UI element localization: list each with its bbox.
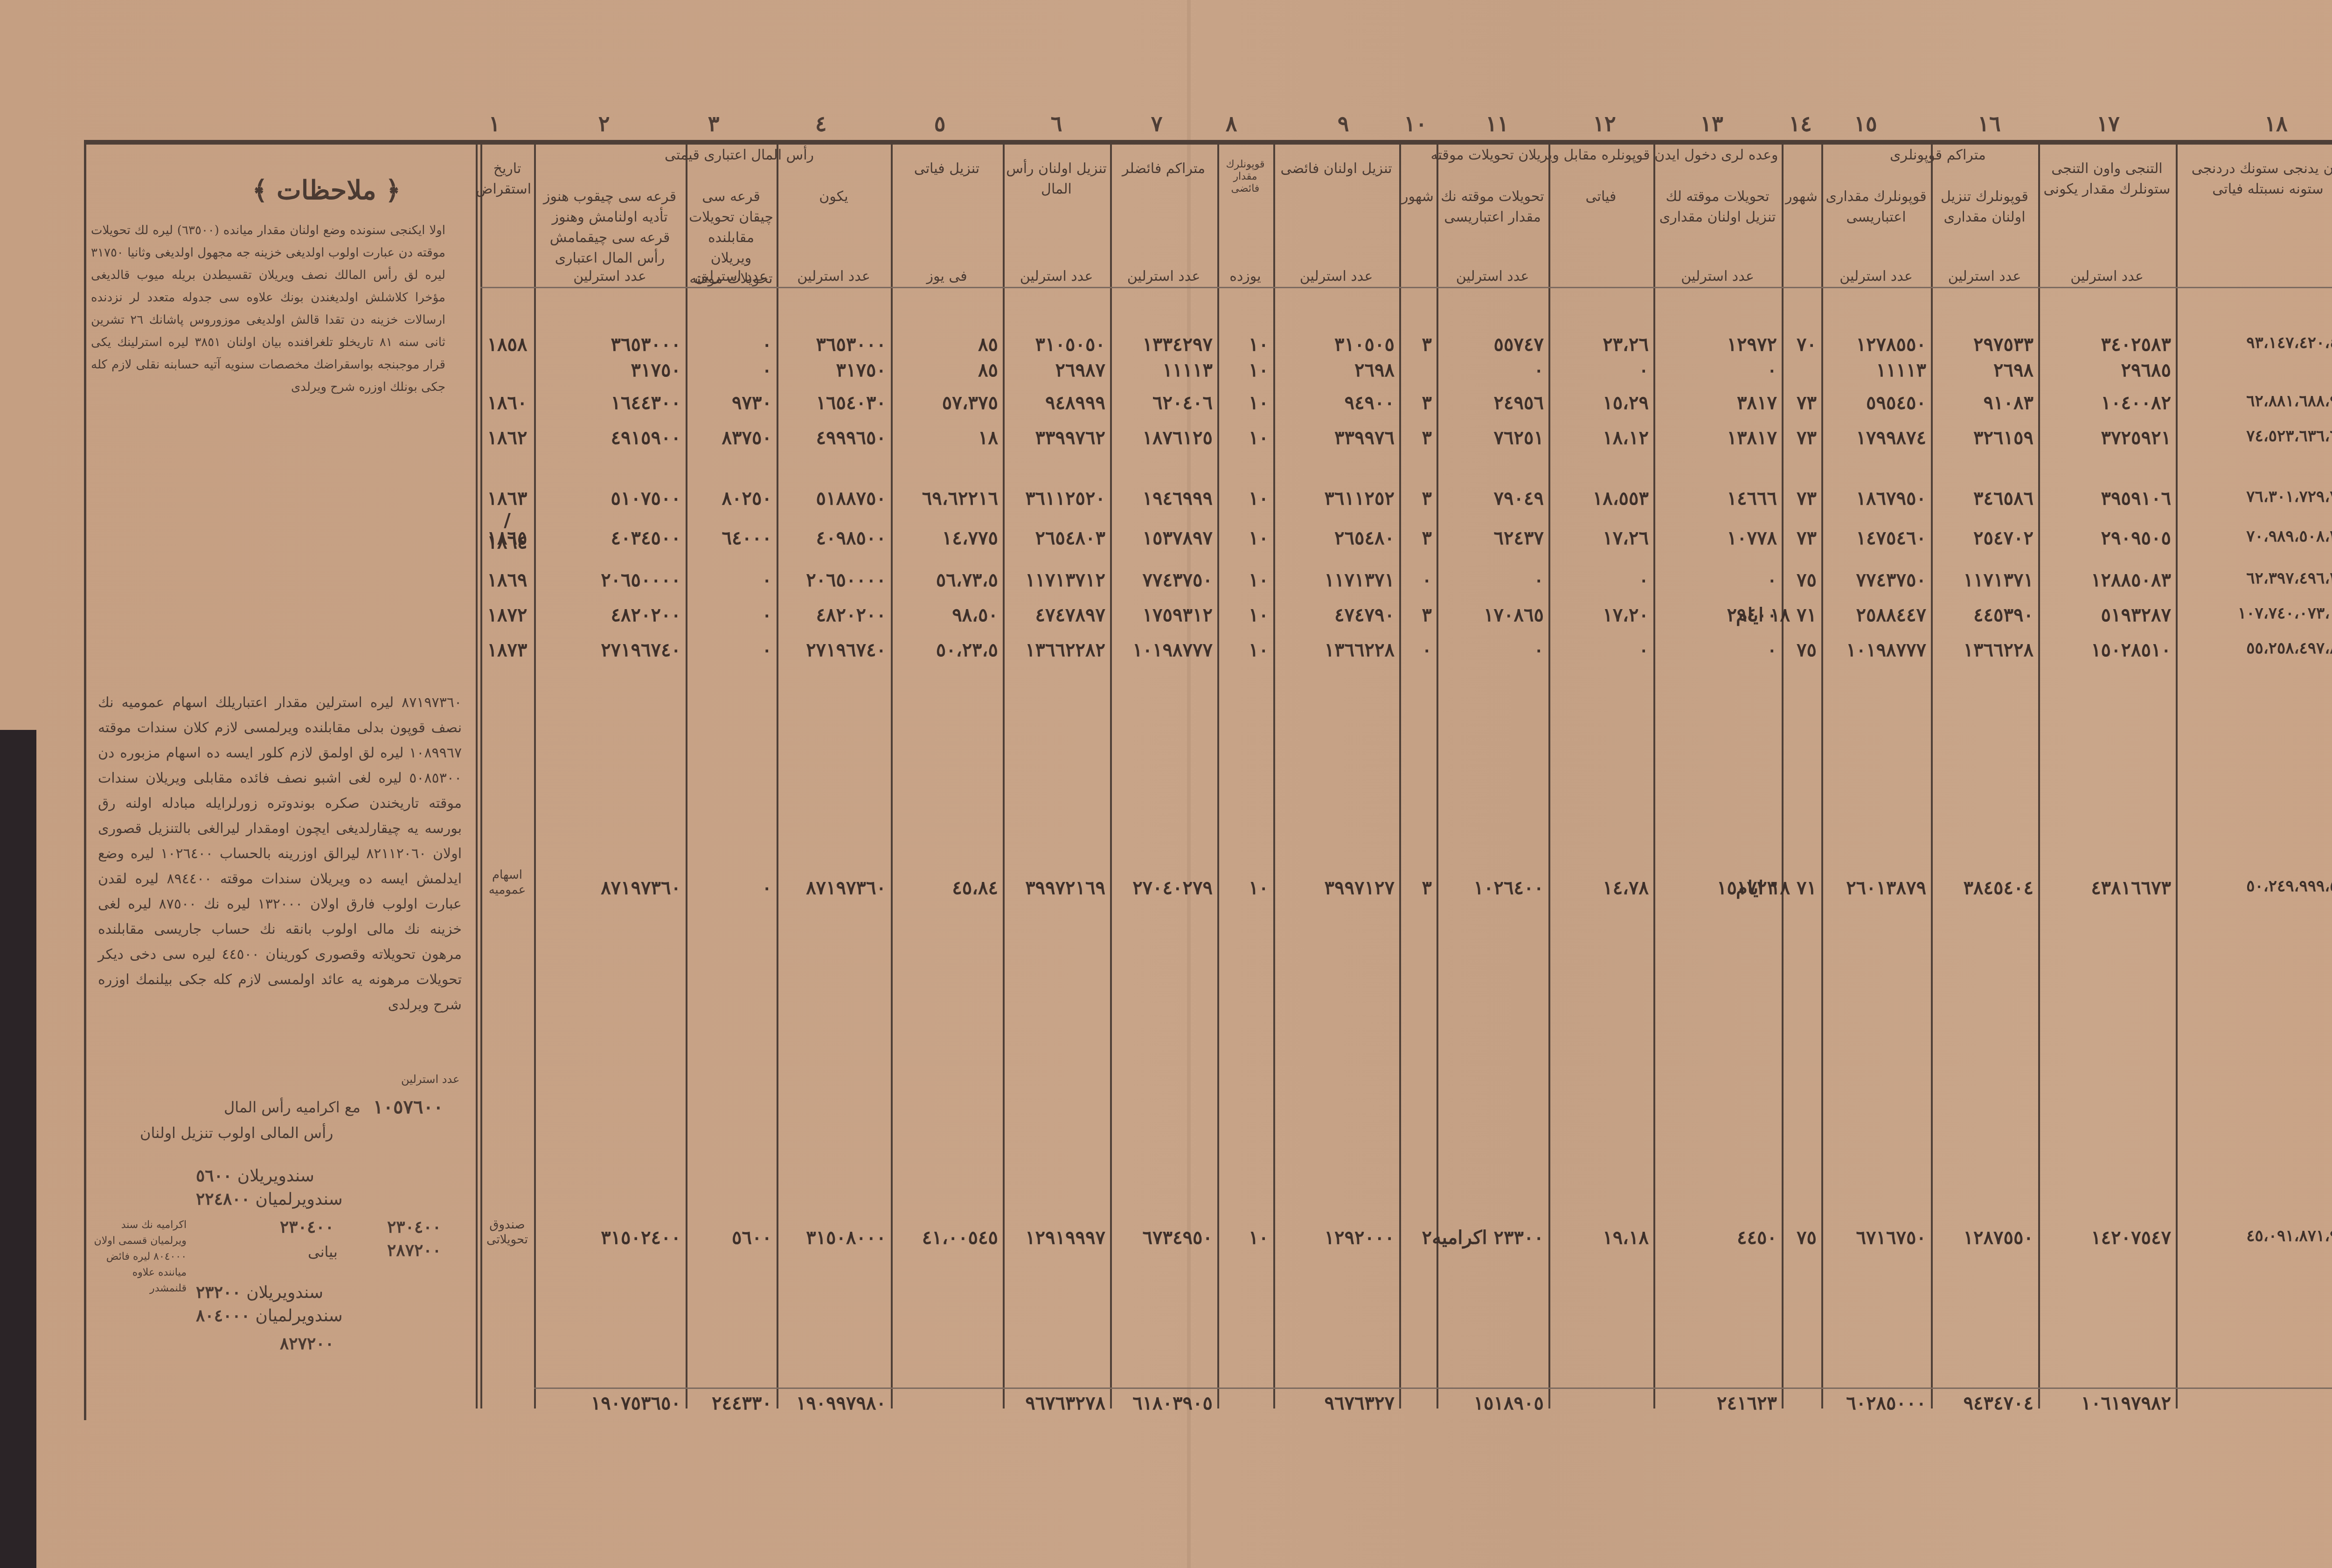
table-cell-col-4: ١٦٥٤٠٣٠: [778, 392, 886, 414]
column-header-11: تحویلات موقته نك مقدار اعتباریسی: [1439, 187, 1546, 228]
table-cell-col-15: ١٤٧٥٤٦٠: [1823, 527, 1926, 549]
table-cell-col-11: ١٠٢٦٤٠٠: [1438, 877, 1544, 899]
column-header-9: تنزیل اولنان فائضی: [1276, 159, 1396, 179]
table-cell-col-12: ١٧،٢٠: [1550, 604, 1649, 626]
table-cell-col-3: ٦٤٠٠٠: [687, 527, 772, 549]
table-cell-col-17: ١٥٠٢٨٥١٠: [2040, 639, 2171, 661]
unit-label-col-2: عدد استرلین: [534, 268, 686, 284]
table-cell-col-18: ٥٥،٢٥٨،٤٩٧،٨٩٣: [2178, 639, 2332, 658]
table-cell-col-12: ١٩،١٨: [1550, 1227, 1649, 1249]
table-cell-col-3: ٠: [687, 359, 772, 381]
table-cell-col-5: ١٨: [893, 427, 998, 449]
unit-label-col-9: عدد استرلین: [1273, 268, 1399, 284]
table-cell-col-11: ١٧٠٨٦٥: [1438, 604, 1544, 626]
table-cell-col-10: ٣: [1401, 427, 1432, 449]
column-number-18: ١٨: [2257, 111, 2295, 136]
column-header-16: قوپونلرك تنزیل اولنان مقداری: [1934, 187, 2035, 228]
table-cell-col-3: ٠: [687, 333, 772, 355]
column-number-17: ١٧: [2089, 111, 2127, 136]
table-cell-col-8: ١٠: [1219, 359, 1269, 381]
column-number-4: ٤: [802, 111, 840, 136]
column-numbers: ١٢٣٤٥٦٧٨٩١٠١١١٢١٣١٤١٥١٦١٧١٨١٩٢٠٢١: [0, 111, 2332, 139]
table-cell-col-17: ٢٩٠٩٥٠٥: [2040, 527, 2171, 549]
table-cell-col-14: ٧٠: [1784, 333, 1817, 355]
table-cell-col-11: ٧٦٢٥١: [1438, 427, 1544, 449]
line-b2: سندویرلمیان ٨٠٤٠٠٠: [196, 1306, 343, 1325]
table-cell-col-4: ٤٠٩٨٥٠٠: [778, 527, 886, 549]
table-cell-col-18: ٩٣،١٤٧،٤٢٠،٤٨٣: [2178, 333, 2332, 352]
table-cell-col-2: ٢٧١٩٦٧٤٠: [536, 639, 681, 661]
table-cell-col-10: ٣: [1401, 877, 1432, 899]
column-header-12: فیاتی: [1551, 187, 1651, 207]
table-cell-col-13: ٠: [1655, 569, 1777, 591]
table-cell-col-17: ٣٩٥٩١٠٦: [2040, 487, 2171, 509]
table-cell-col-15: ١٨٦٧٩٥٠: [1823, 487, 1926, 509]
table-cell-col-18: ٤٥،٠٩١،٨٧١،٩٠٦: [2178, 1227, 2332, 1245]
table-cell-col-18: ٧٤،٥٢٣،٦٣٦،٦٥٤: [2178, 427, 2332, 445]
premium-total-value: ١٠٥٧٦٠٠: [373, 1096, 443, 1118]
table-cell-col-5: ٤١،٠٠٥٤٥: [893, 1227, 998, 1249]
group-header-accumulated: متراکم قوپونلری: [1833, 147, 2043, 163]
column-header-18: اون یدنجی ستونك دردنجی ستونه نسبتله فیات…: [2179, 159, 2332, 200]
premium-side-note: اکرامیه نك سند ویرلمیان قسمی اولان ٨٠٤٠٠…: [93, 1217, 187, 1297]
table-cell-col-5: ١٤،٧٧٥: [893, 527, 998, 549]
table-cell-col-15: ١٠١٩٨٧٧٧: [1823, 639, 1926, 661]
column-number-6: ٦: [1038, 111, 1075, 136]
table-cell-col-3: ٠: [687, 604, 772, 626]
total-cell-col-13: ٢٤١٦٢٣: [1655, 1392, 1777, 1414]
table-cell-col-12: ٢٣،٢٦: [1550, 333, 1649, 355]
total-cell-col-11: ١٥١٨٩٠٥: [1438, 1392, 1544, 1414]
line-b1: سندویریلان ٢٣٢٠٠: [196, 1283, 323, 1302]
table-cell-col-12: ٠: [1550, 639, 1649, 661]
table-cell-col-14: ٧٣: [1784, 487, 1817, 509]
row-year-label: ١٨٦٠: [483, 392, 532, 414]
table-cell-col-7: ١٩٤٦٩٩٩: [1112, 487, 1213, 509]
column-number-2: ٢: [585, 111, 623, 136]
table-cell-col-13: ١٢٩٧٢: [1655, 333, 1777, 355]
row-year-label: ١٨٦٢: [483, 427, 532, 449]
notes-text-1: اولا ایکنجی سنونده وضع اولنان مقدار میان…: [91, 219, 445, 398]
table-cell-col-7: ١١١١٣: [1112, 359, 1213, 381]
table-cell-col-12: ١٧،٢٦: [1550, 527, 1649, 549]
table-cell-col-7: ٦٢٠٤٠٦: [1112, 392, 1213, 414]
column-header-8: قوپونلرك مقدار فائضی: [1220, 159, 1270, 195]
table-cell-col-16: ٣٢٦١٥٩: [1933, 427, 2034, 449]
table-cell-col-14: ٧٥: [1784, 639, 1817, 661]
column-number-16: ١٦: [1971, 111, 2008, 136]
table-cell-col-5: ٥٧،٣٧٥: [893, 392, 998, 414]
table-cell-col-9: ٣٦١١٢٥٢: [1275, 487, 1395, 509]
table-cell-col-16: ١١٧١٣٧١: [1933, 569, 2034, 591]
table-cell-col-16: ١٢٨٧٥٥٠: [1933, 1227, 2034, 1249]
table-cell-col-11: ٠: [1438, 359, 1544, 381]
table-cell-col-7: ١٠١٩٨٧٧٧: [1112, 639, 1213, 661]
table-cell-col-18: ٦٢،٨٨١،٦٨٨،٩٦٥: [2178, 392, 2332, 410]
table-cell-col-16: ٢٩٧٥٣٣: [1933, 333, 2034, 355]
column-header-17: التنجی واون التنجی ستونلرك مقدار یکونی: [2041, 159, 2173, 200]
table-cell-col-2: ٣١٧٥٠: [536, 359, 681, 381]
table-cell-col-2: ٨٧١٩٧٣٦٠: [536, 877, 681, 899]
table-cell-col-13: ١٠٧٧٨: [1655, 527, 1777, 549]
table-cell-col-17: ١٢٨٨٥٠٨٣: [2040, 569, 2171, 591]
table-cell-col-14: ٧٣: [1784, 527, 1817, 549]
table-cell-col-7: ٢٧٠٤٠٢٧٩: [1112, 877, 1213, 899]
table-cell-col-6: ١٢٩١٩٩٩٧: [1005, 1227, 1105, 1249]
table-cell-col-15: ٢٦٠١٣٨٧٩: [1823, 877, 1926, 899]
table-cell-col-8: ١٠: [1219, 604, 1269, 626]
table-cell-col-11: ٢٤٩٥٦: [1438, 392, 1544, 414]
table-cell-col-16: ٣٨٤٥٤٠٤: [1933, 877, 2034, 899]
total-cell-col-2: ١٩٠٧٥٣٦٥٠: [536, 1392, 681, 1414]
subtotal-a: ٢٣٠٤٠٠: [280, 1217, 334, 1237]
table-cell-col-10: ٣: [1401, 604, 1432, 626]
bracket-total-a: ٢٣٠٤٠٠: [387, 1217, 441, 1237]
table-cell-col-9: ١١٧١٣٧١: [1275, 569, 1395, 591]
table-cell-col-8: ١٠: [1219, 877, 1269, 899]
table-cell-col-16: ٣٤٦٥٨٦: [1933, 487, 2034, 509]
table-cell-col-12: ١٨،١٢: [1550, 427, 1649, 449]
column-header-14: شهور: [1784, 187, 1818, 207]
column-header-10: شهور: [1402, 187, 1434, 207]
table-cell-col-8: ١٠: [1219, 427, 1269, 449]
column-number-12: ١٢: [1586, 111, 1623, 136]
totals-divider: [534, 1388, 2332, 1389]
column-number-10: ١٠: [1397, 111, 1434, 136]
scan-edge-strip: [0, 730, 36, 1568]
table-cell-col-6: ١١٧١٣٧١٢: [1005, 569, 1105, 591]
table-cell-col-3: ٠: [687, 569, 772, 591]
table-cell-col-4: ٤٨٢٠٢٠٠: [778, 604, 886, 626]
table-cell-col-16: ٢٦٩٨: [1933, 359, 2034, 381]
table-cell-col-8: ١٠: [1219, 333, 1269, 355]
unit-label-col-4: عدد استرلین: [777, 268, 891, 284]
table-cell-col-10: ٣: [1401, 392, 1432, 414]
table-cell-col-5: ٦٩،٦٢٢١٦: [893, 487, 998, 509]
unit-label-col-7: عدد استرلین: [1110, 268, 1217, 284]
table-cell-col-9: ١٢٩٢٠٠٠: [1275, 1227, 1395, 1249]
line-a2-value: ٢٢٤٨٠٠: [196, 1189, 250, 1209]
table-cell-col-8: ١٠: [1219, 1227, 1269, 1249]
table-cell-col-5: ٨٥: [893, 333, 998, 355]
table-cell-col-6: ٣٣٩٩٧٦٢: [1005, 427, 1105, 449]
table-cell-col-3: ٨٣٧٥٠: [687, 427, 772, 449]
table-cell-col-17: ١٤٢٠٧٥٤٧: [2040, 1227, 2171, 1249]
total-cell-col-17: ١٠٦١٩٧٩٨٢: [2040, 1392, 2171, 1414]
row-year-label: ١٨٧٣: [483, 639, 532, 661]
table-cell-col-6: ٣١٠٥٠٥٠: [1005, 333, 1105, 355]
total-cell-col-7: ٦١٨٠٣٩٠٥: [1112, 1392, 1213, 1414]
line-b2-label: سندویرلمیان: [255, 1306, 342, 1325]
table-cell-col-11: ٦٢٤٣٧: [1438, 527, 1544, 549]
unit-label-col-13: عدد استرلین: [1653, 268, 1782, 284]
table-cell-col-15: ١٧٩٩٨٧٤: [1823, 427, 1926, 449]
table-cell-col-16: ٤٤٥٣٩٠: [1933, 604, 2034, 626]
table-cell-col-12: ١٤،٧٨: [1550, 877, 1649, 899]
table-cell-col-3: ٠: [687, 877, 772, 899]
column-divider: [480, 145, 482, 1408]
premium-total-label: مع اکرامیه رأس المال: [224, 1098, 361, 1116]
line-b1-value: ٢٣٢٠٠: [196, 1283, 241, 1302]
table-cell-col-3: ٩٧٣٠: [687, 392, 772, 414]
column-header-2: قرعه سی چیقوب هنوز تأدیه اولنامش وهنوز ق…: [537, 187, 683, 269]
row-year-label: ١٨٥٨: [483, 333, 532, 355]
table-cell-col-8: ١٠: [1219, 569, 1269, 591]
column-header-6: تنزیل اولنان رأس المال: [1006, 159, 1107, 200]
table-cell-col-17: ٥١٩٣٢٨٧: [2040, 604, 2171, 626]
table-cell-col-15: ٧٧٤٣٧٥٠: [1823, 569, 1926, 591]
table-cell-col-16: ١٣٦٦٢٢٨: [1933, 639, 2034, 661]
table-cell-col-15: ٦٧١٦٧٥٠: [1823, 1227, 1926, 1249]
table-cell-col-6: ٤٧٤٧٨٩٧: [1005, 604, 1105, 626]
line-a2: سندویرلمیان ٢٢٤٨٠٠: [196, 1189, 343, 1209]
table-cell-col-10: ٣: [1401, 487, 1432, 509]
table-cell-col-2: ٢٠٦٥٠٠٠٠: [536, 569, 681, 591]
row-year-label: ١٨٧٢: [483, 604, 532, 626]
table-cell-col-3: ٨٠٢٥٠: [687, 487, 772, 509]
table-cell-col-9: ٣١٠٥٠٥: [1275, 333, 1395, 355]
table-cell-col-12: ١٥،٢٩: [1550, 392, 1649, 414]
notes-divider: [476, 145, 478, 1408]
table-cell-col-14: ٧٣: [1784, 392, 1817, 414]
table-cell-col-4: ٣١٧٥٠: [778, 359, 886, 381]
table-cell-col-4: ٤٩٩٩٦٥٠: [778, 427, 886, 449]
table-cell-col-9: ٩٤٩٠٠: [1275, 392, 1395, 414]
table-cell-col-11: ٥٥٧٤٧: [1438, 333, 1544, 355]
unit-label-col-17: عدد استرلین: [2038, 268, 2176, 284]
table-cell-col-10: ٣: [1401, 333, 1432, 355]
table-cell-col-10: ٢: [1401, 1227, 1432, 1249]
table-cell-col-5: ٩٨،٥٠: [893, 604, 998, 626]
table-cell-col-9: ١٣٦٦٢٢٨: [1275, 639, 1395, 661]
table-cell-col-3: ٥٦٠٠: [687, 1227, 772, 1249]
table-cell-col-2: ١٦٤٤٣٠٠: [536, 392, 681, 414]
total-cell-col-15: ٦٠٢٨٥٠٠٠: [1823, 1392, 1926, 1414]
table-cell-col-13: ٤٤٥٠: [1655, 1227, 1777, 1249]
table-cell-col-2: ٤٨٢٠٢٠٠: [536, 604, 681, 626]
column-header-1: تاریخ استقراض: [483, 159, 531, 200]
table-cell-col-2: ٣٦٥٣٠٠٠: [536, 333, 681, 355]
table-cell-col-13: ٣٨١٧: [1655, 392, 1777, 414]
table-cell-col-7: ٦٧٣٤٩٥٠: [1112, 1227, 1213, 1249]
table-cell-col-14: ٧١ ١٨ ایام: [1784, 877, 1817, 899]
table-cell-col-11: ٠: [1438, 569, 1544, 591]
column-number-3: ٣: [695, 111, 732, 136]
table-cell-col-18: ٧٠،٩٨٩،٥٠٨،٣٥٦: [2178, 527, 2332, 546]
column-number-15: ١٥: [1847, 111, 1884, 136]
column-header-4: یکون: [779, 187, 888, 207]
table-cell-col-18: ٥٠،٢٤٩،٩٩٩،٥٤١: [2178, 877, 2332, 895]
unit-label-col-8: یوزده: [1217, 268, 1273, 284]
table-cell-col-6: ٩٤٨٩٩٩: [1005, 392, 1105, 414]
column-header-7: متراکم فائضلر: [1113, 159, 1215, 179]
table-cell-col-7: ٧٧٤٣٧٥٠: [1112, 569, 1213, 591]
table-cell-col-11: ٢٣٣٠٠ اکرامیه: [1438, 1227, 1544, 1249]
table-cell-col-5: ٤٥،٨٤: [893, 877, 998, 899]
table-cell-col-13: ١٣٨١٧: [1655, 427, 1777, 449]
total-cell-col-9: ٩٦٧٦٣٢٧: [1275, 1392, 1395, 1414]
table-cell-col-13: ٠: [1655, 639, 1777, 661]
unit-label-col-5: فی یوز: [891, 268, 1003, 284]
table-cell-col-4: ٣٦٥٣٠٠٠: [778, 333, 886, 355]
table-cell-col-16: ٢٥٤٧٠٢: [1933, 527, 2034, 549]
table-cell-col-3: ٠: [687, 639, 772, 661]
table-cell-col-4: ٢٠٦٥٠٠٠٠: [778, 569, 886, 591]
table-cell-col-15: ١٢٧٨٥٥٠: [1823, 333, 1926, 355]
table-cell-col-9: ٣٩٩٧١٢٧: [1275, 877, 1395, 899]
column-number-11: ١١: [1478, 111, 1516, 136]
table-cell-col-17: ٣٤٠٢٥٨٣: [2040, 333, 2171, 355]
bracket-total-b: ٢٨٧٢٠٠: [387, 1241, 441, 1260]
table-cell-col-11: ٠: [1438, 639, 1544, 661]
table-cell-col-18: ٧٦،٣٠١،٧٢٩،٧٠٣: [2178, 487, 2332, 506]
table-cell-col-7: ١٨٧٦١٢٥: [1112, 427, 1213, 449]
table-cell-col-14: ٧٥: [1784, 569, 1817, 591]
table-cell-col-9: ٤٧٤٧٩٠: [1275, 604, 1395, 626]
table-cell-col-14: ٧٣: [1784, 427, 1817, 449]
table-cell-col-9: ٢٦٥٤٨٠: [1275, 527, 1395, 549]
unit-label-col-15: عدد استرلین: [1821, 268, 1931, 284]
table-cell-col-17: ١٠٤٠٠٨٢: [2040, 392, 2171, 414]
reduced-capital-label: رأس المالی اولوب تنزیل اولنان: [140, 1124, 333, 1142]
table-cell-col-9: ٢٦٩٨: [1275, 359, 1395, 381]
table-cell-col-8: ١٠: [1219, 639, 1269, 661]
table-cell-col-4: ٥١٨٨٧٥٠: [778, 487, 886, 509]
table-cell-col-2: ٤٠٣٤٥٠٠: [536, 527, 681, 549]
column-number-14: ١٤: [1782, 111, 1819, 136]
column-number-9: ٩: [1325, 111, 1362, 136]
table-cell-col-8: ١٠: [1219, 392, 1269, 414]
notes-title: ﴿ ملاحظات ﴾: [187, 175, 466, 206]
unit-label-col-16: عدد استرلین: [1931, 268, 2038, 284]
notes-text-2: ٨٧١٩٧٣٦٠ لیره استرلین مقدار اعتباریلك اس…: [98, 690, 462, 1018]
table-cell-col-6: ٢٦٥٤٨٠٣: [1005, 527, 1105, 549]
column-header-13: تحویلات موقته لك تنزیل اولنان مقداری: [1656, 187, 1779, 228]
row-year-label: صندوق تحویلاتی: [483, 1217, 532, 1247]
table-cell-col-10: ٣: [1401, 527, 1432, 549]
table-cell-col-11: ٧٩٠٤٩: [1438, 487, 1544, 509]
total-cell-col-3: ٢٤٤٣٣٠: [687, 1392, 772, 1414]
table-cell-col-6: ٣٩٩٧٢١٦٩: [1005, 877, 1105, 899]
table-cell-col-2: ٤٩١٥٩٠٠: [536, 427, 681, 449]
column-number-8: ٨: [1213, 111, 1250, 136]
column-number-7: ٧: [1138, 111, 1175, 136]
unit-label-col-11: عدد استرلین: [1437, 268, 1548, 284]
total-cell-col-16: ٩٤٣٤٧٠٤: [1933, 1392, 2034, 1414]
column-header-15: قوپونلرك مقداری اعتباریسی: [1824, 187, 1928, 228]
table-cell-col-2: ٣١٥٠٢٤٠٠: [536, 1227, 681, 1249]
table-cell-col-2: ٥١٠٧٥٠٠: [536, 487, 681, 509]
column-number-13: ١٣: [1693, 111, 1730, 136]
unit-label-col-3: عدد استرلین: [686, 268, 777, 284]
subtotal-b: ٨٢٧٢٠٠: [280, 1334, 334, 1353]
table-cell-col-7: ١٧٥٩٣١٢: [1112, 604, 1213, 626]
line-a1-value: ٥٦٠٠: [196, 1166, 232, 1186]
bayani-label: بیانی: [308, 1243, 338, 1261]
table-cell-col-17: ٢٩٦٨٥: [2040, 359, 2171, 381]
line-b2-value: ٨٠٤٠٠٠: [196, 1306, 250, 1325]
table-cell-col-15: ٥٩٥٤٥٠: [1823, 392, 1926, 414]
table-cell-col-10: ٠: [1401, 639, 1432, 661]
column-number-5: ٥: [921, 111, 958, 136]
row-year-label: ١٨٦٥: [483, 527, 532, 549]
table-cell-col-12: ١٨،٥٥٣: [1550, 487, 1649, 509]
column-number-1: ١: [476, 111, 513, 136]
table-cell-col-15: ٢٥٨٨٤٤٧: [1823, 604, 1926, 626]
table-cell-col-6: ٢٦٩٨٧: [1005, 359, 1105, 381]
table-cell-col-16: ٩١٠٨٣: [1933, 392, 2034, 414]
table-cell-col-7: ١٥٣٧٨٩٧: [1112, 527, 1213, 549]
table-cell-col-5: ٥٦،٧٣،٥: [893, 569, 998, 591]
table-cell-col-10: ٠: [1401, 569, 1432, 591]
total-cell-col-6: ٩٦٧٦٣٢٧٨: [1005, 1392, 1105, 1414]
group-header-deferred-coupons: وعده لری دخول ایدن قوپونلره مقابل ویریلا…: [1381, 147, 1828, 163]
table-cell-col-18: ١٠٧،٧٤٠،٠٧٣،٠٣٦: [2178, 604, 2332, 623]
line-a1-label: سندویریلان: [237, 1166, 314, 1186]
total-cell-col-4: ١٩٠٩٩٧٩٨٠: [778, 1392, 886, 1414]
table-cell-col-14: ٧٥: [1784, 1227, 1817, 1249]
table-cell-col-17: ٤٣٨١٦٦٧٣: [2040, 877, 2171, 899]
line-b1-label: سندویریلان: [246, 1283, 323, 1302]
group-header-capital: رأس المال اعتباری قیمتی: [536, 147, 942, 163]
table-cell-col-6: ٣٦١١٢٥٢٠: [1005, 487, 1105, 509]
table-cell-col-17: ٣٧٢٥٩٢١: [2040, 427, 2171, 449]
notes-unit-header: عدد استرلین: [401, 1073, 459, 1086]
row-year-label: ١٨٦٩: [483, 569, 532, 591]
row-year-label: اسهام عمومیه: [483, 867, 532, 897]
table-cell-col-13: ١٤٦٦٦: [1655, 487, 1777, 509]
column-header-5: تنزیل فیاتی: [894, 159, 1000, 179]
line-a1: سندویریلان ٥٦٠٠: [196, 1166, 314, 1186]
table-cell-col-9: ٣٣٩٩٧٦: [1275, 427, 1395, 449]
table-cell-col-6: ١٣٦٦٢٢٨٢: [1005, 639, 1105, 661]
table-cell-col-13: ٠: [1655, 359, 1777, 381]
table-cell-col-5: ٨٥: [893, 359, 998, 381]
table-cell-col-5: ٥٠،٢٣،٥: [893, 639, 998, 661]
table-cell-col-8: ١٠: [1219, 487, 1269, 509]
table-cell-col-7: ١٣٣٤٢٩٧: [1112, 333, 1213, 355]
table-cell-col-12: ٠: [1550, 569, 1649, 591]
unit-label-col-6: عدد استرلین: [1003, 268, 1110, 284]
line-a2-label: سندویرلمیان: [255, 1190, 342, 1209]
table-cell-col-12: ٠: [1550, 359, 1649, 381]
table-cell-col-4: ٢٧١٩٦٧٤٠: [778, 639, 886, 661]
table-cell-col-18: ٦٢،٣٩٧،٤٩٦،٣٦٧: [2178, 569, 2332, 588]
table-cell-col-4: ٨٧١٩٧٣٦٠: [778, 877, 886, 899]
table-cell-col-4: ٣١٥٠٨٠٠٠: [778, 1227, 886, 1249]
table-cell-col-15: ١١١١٣: [1823, 359, 1926, 381]
table-cell-col-14: ٧١ ١٨ ایام: [1784, 604, 1817, 626]
table-cell-col-8: ١٠: [1219, 527, 1269, 549]
